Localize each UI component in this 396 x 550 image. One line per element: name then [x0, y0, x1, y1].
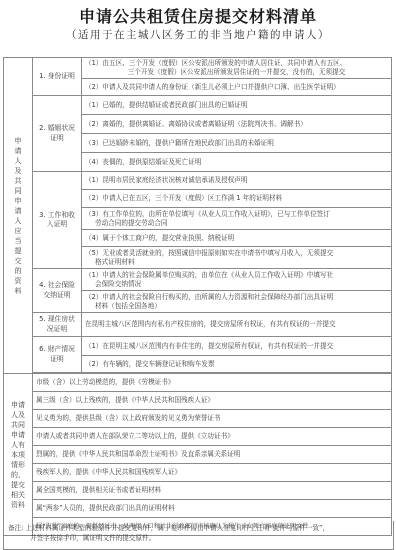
- document-subtitle: （适用于在主城八区务工的非当地户籍的申请人）: [0, 27, 396, 42]
- list-item: （1）由五区、三个开发（度假）区公安派出所颁发的申请人居住证，共同申请人有五区、…: [82, 58, 392, 79]
- table-row: 残疾军人的，提供《中华人民共和国残疾军人证》: [4, 464, 392, 482]
- group-label-text: 申请人及共同申请人有本项情形的，提交相关资料: [10, 400, 26, 510]
- table-row: 属全国英模的，提供相关证书或者证明材料: [4, 482, 392, 500]
- list-item: （2）申请人已在五区，三个开发（度假）区工作满 1 年的证明材料: [82, 190, 392, 208]
- table-row: 属三级（含）以上残疾的，提供《中华人民共和国残疾人证》: [4, 392, 392, 410]
- list-item: 见义勇为的，提供县级（含）以上政府颁发的见义勇为荣誉证书: [33, 410, 392, 428]
- group-label-optional: 申请人及共同申请人有本项情形的，提交相关资料: [4, 374, 33, 536]
- group-label-text: 申请人及共同申请人应当提交的资料: [14, 136, 22, 296]
- category-property: 6. 财产情况证明: [33, 337, 82, 373]
- list-item: 申请人或者共同申请人在部队荣立二等功以上的，提供《立功证书》: [33, 428, 392, 446]
- list-item: （1）已婚的，提供结婚证或者民政部门出具的已婚证明: [82, 96, 392, 115]
- table-row: 属“两参”人员的，提供民政部门出具的证明材料: [4, 500, 392, 518]
- list-item: （4）丧偶的，提供原结婚证及死亡证明: [82, 153, 392, 172]
- list-item: （2）申请人及共同申请人的身份证（新生儿必须上户口并提供户口簿、出生医学证明）: [82, 79, 392, 96]
- table-row: 烈属的，提供《中华人民共和国革命烈士证明书》及直系亲属关系证明: [4, 446, 392, 464]
- table-row: 5. 现住房状况证明 在昆明主城八区范围内有私有产权住房的，提交房屋所有权证，有…: [4, 313, 392, 337]
- table-row: 申请人及共同申请人有本项情形的，提交相关资料 市级（含）以上劳动模范的，提供《劳…: [4, 374, 392, 392]
- list-item: 残疾军人的，提供《中华人民共和国残疾军人证》: [33, 464, 392, 482]
- list-item: （3）有工作单位的，由所在单位填写《从业人员工作收入证明》，已与工作单位签订 劳…: [82, 208, 392, 230]
- category-social-insurance: 4. 社会保险交纳证明: [33, 269, 82, 313]
- list-item: （4）属于个体工商户的，提交营业执照、纳税证明: [82, 230, 392, 247]
- list-item: 市级（含）以上劳动模范的，提供《劳模证书》: [33, 374, 392, 392]
- category-housing: 5. 现住房状况证明: [33, 313, 82, 337]
- table-row: 6. 财产情况证明 （1）在昆明主城八区范围内有非住宅的，提交房屋所有权证，有共…: [4, 337, 392, 356]
- table-row: 见义勇为的，提供县级（含）以上政府颁发的见义勇为荣誉证书: [4, 410, 392, 428]
- list-item: 属“两参”人员的，提供民政部门出具的证明材料: [33, 500, 392, 518]
- table-row: 4. 社会保险交纳证明 （1）申请人的社会保险属单位购买的，由单位在《从业人员工…: [4, 269, 392, 291]
- table-row: 2. 婚姻状况证明 （1）已婚的，提供结婚证或者民政部门出具的已婚证明: [4, 96, 392, 115]
- table-row: 3. 工作和收入证明 （1）昆明市居民家庭经济状况核对诚信承诺及授权声明: [4, 172, 392, 190]
- list-item: 属全国英模的，提供相关证书或者证明材料: [33, 482, 392, 500]
- document-title: 申请公共租赁住房提交材料清单: [0, 4, 396, 27]
- table-row: 申请人或者共同申请人在部队荣立二等功以上的，提供《立功证书》: [4, 428, 392, 446]
- group-label-required: 申请人及共同申请人应当提交的资料: [4, 58, 33, 374]
- list-item: 属三级（含）以上残疾的，提供《中华人民共和国残疾人证》: [33, 392, 392, 410]
- list-item: （2）申请人的社会保险自行购买的，由所属的人力资源和社会保障经办部门出具证明 材…: [82, 291, 392, 313]
- list-item: （3）已达婚龄未婚的，提供户籍所在地民政部门出具的未婚证明: [82, 134, 392, 153]
- list-item: （2）有车辆的，提交车辆登记证和购车发票: [82, 356, 392, 373]
- list-item: （5）无业或者灵活就业的，按照诚信申报原则如实在申请书中填写月收入，无须提交 格…: [82, 247, 392, 269]
- remarks-note: 备注: 上述材料属证件类型的验原件并提交复印件，属于复印件需由申请人在复印件上注…: [3, 521, 394, 550]
- list-item: （2）离婚的，提供离婚证、离婚协议或者离婚证明（法院判决书、调解书）: [82, 115, 392, 134]
- remarks-line-2: 并签字按捺手印，属证明文件的提交原件。: [8, 533, 389, 543]
- category-identity: 1. 身份证明: [33, 58, 82, 96]
- materials-table: 申请人及共同申请人应当提交的资料 1. 身份证明 （1）由五区、三个开发（度假）…: [3, 57, 392, 536]
- list-item: （1）申请人的社会保险属单位购买的，由单位在《从业人员工作收入证明》中填写社 会…: [82, 269, 392, 291]
- list-item: 在昆明主城八区范围内有私有产权住房的，提交房屋所有权证，有共有权证的一并提交: [82, 313, 392, 337]
- list-item: （1）昆明市居民家庭经济状况核对诚信承诺及授权声明: [82, 172, 392, 190]
- category-marriage: 2. 婚姻状况证明: [33, 96, 82, 172]
- list-item: 烈属的，提供《中华人民共和国革命烈士证明书》及直系亲属关系证明: [33, 446, 392, 464]
- table-row: 申请人及共同申请人应当提交的资料 1. 身份证明 （1）由五区、三个开发（度假）…: [4, 58, 392, 79]
- list-item: （1）在昆明主城八区范围内有非住宅的，提交房屋所有权证，有共有权证的一并提交: [82, 337, 392, 356]
- remarks-line-1: 备注: 上述材料属证件类型的验原件并提交复印件，属于复印件需由申请人在复印件上注…: [8, 524, 329, 532]
- category-work-income: 3. 工作和收入证明: [33, 172, 82, 269]
